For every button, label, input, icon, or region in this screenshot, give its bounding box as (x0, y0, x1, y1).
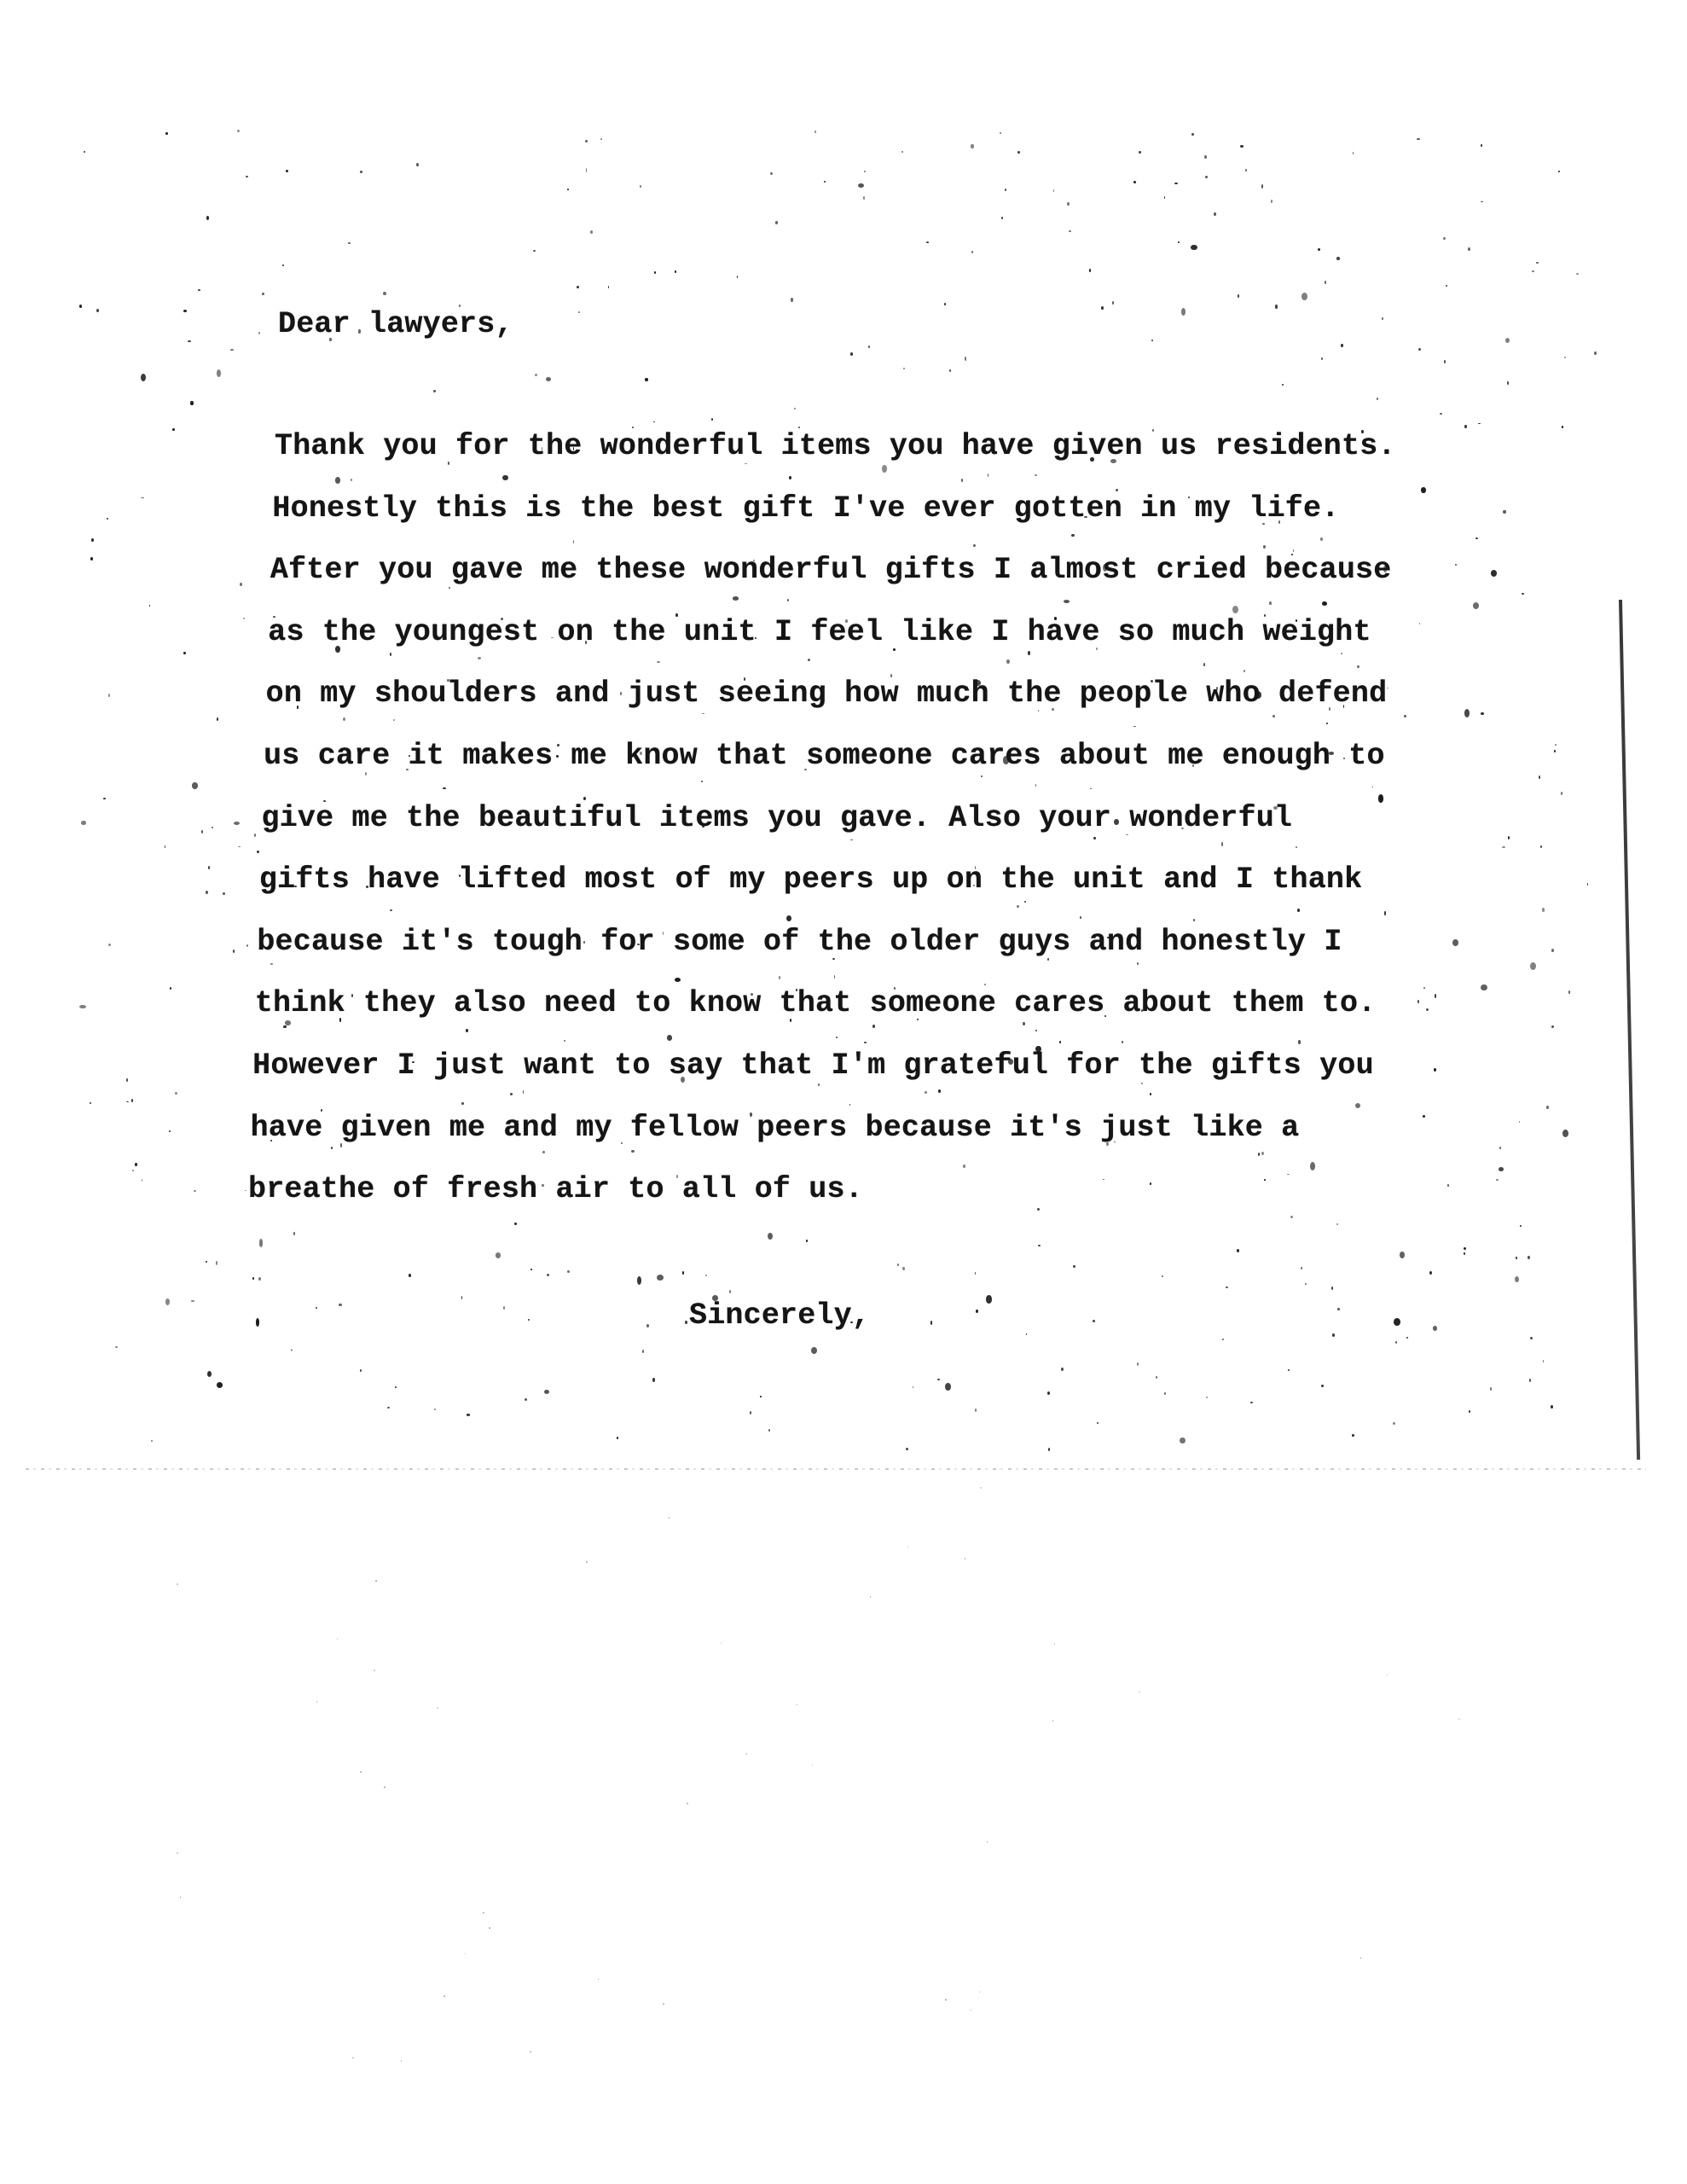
letter-body-line: have given me and my fellow peers becaus… (251, 1111, 1300, 1145)
scan-edge-horizontal-line (26, 1468, 1646, 1470)
letter-body-line: us care it makes me know that someone ca… (264, 739, 1385, 773)
letter-body-line: breathe of fresh air to all of us. (248, 1172, 863, 1206)
letter-body-line: After you gave me these wonderful gifts … (270, 553, 1392, 587)
scan-noise-specks (0, 0, 1687, 2184)
letter-body-line: give me the beautiful items you gave. Al… (262, 801, 1293, 835)
letter-body-line: gifts have lifted most of my peers up on… (259, 863, 1362, 897)
letter-body-line: Honestly this is the best gift I've ever… (272, 491, 1339, 526)
scanned-letter-page: Dear lawyers, Thank you for the wonderfu… (0, 0, 1687, 2184)
letter-salutation: Dear lawyers, (278, 307, 513, 341)
scan-edge-vertical-line (1619, 600, 1640, 1460)
letter-body-line: as the youngest on the unit I feel like … (268, 615, 1371, 649)
letter-body-line: Thank you for the wonderful items you ha… (275, 429, 1396, 463)
letter-body-line: think they also need to know that someon… (255, 986, 1377, 1020)
letter-body-line: because it's tough for some of the older… (257, 925, 1342, 959)
letter-body-line: on my shoulders and just seeing how much… (266, 677, 1388, 711)
letter-body-line: However I just want to say that I'm grat… (252, 1048, 1374, 1083)
letter-closing: Sincerely, (689, 1298, 870, 1333)
